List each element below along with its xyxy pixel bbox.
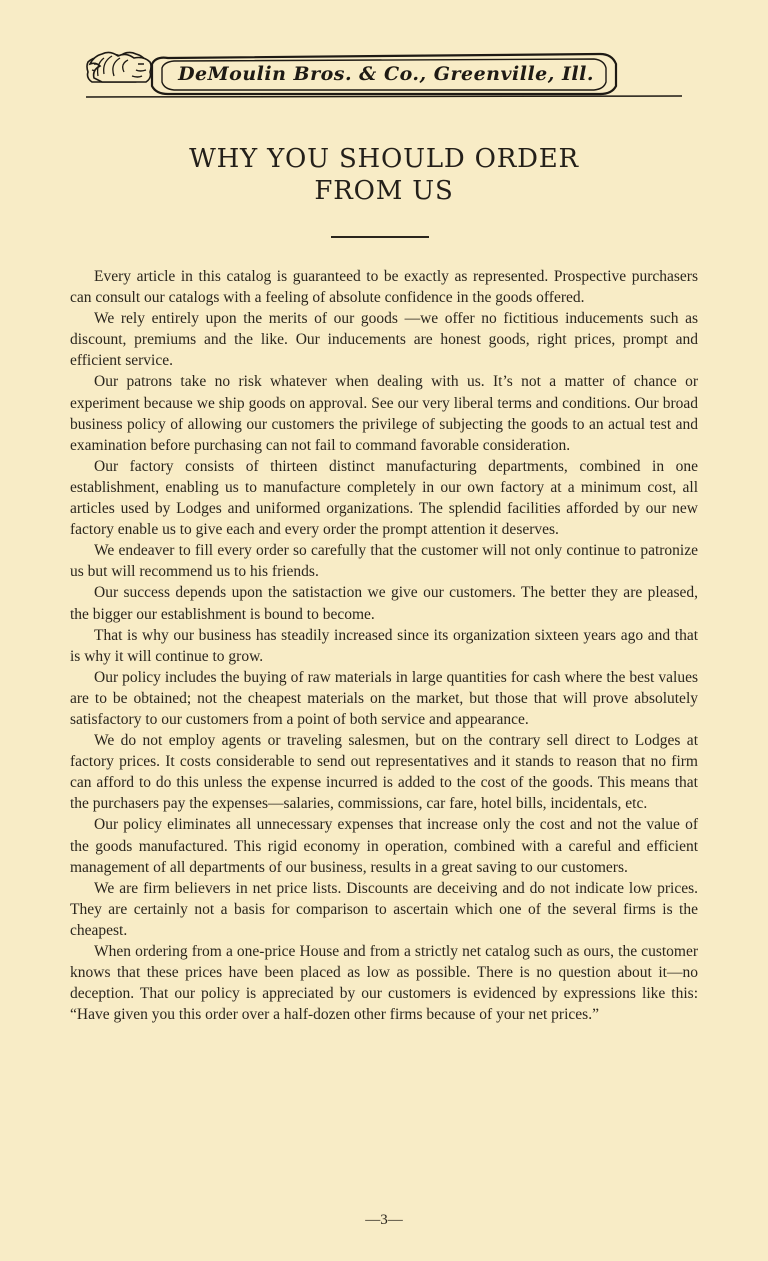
paragraph: Our policy includes the buying of raw ma… (70, 667, 698, 730)
paragraph: Our success depends upon the satistactio… (70, 582, 698, 624)
paragraph: Our policy eliminates all unnecessary ex… (70, 814, 698, 877)
header-banner: DeMoulin Bros. & Co., Greenville, Ill. (84, 50, 684, 100)
lion-head-icon (84, 50, 154, 84)
paragraph: Our factory consists of thirteen distinc… (70, 456, 698, 540)
paragraph: We are firm believers in net price lists… (70, 878, 698, 941)
page-title-line-2: FROM US (0, 175, 768, 207)
paragraph: Our patrons take no risk whatever when d… (70, 371, 698, 455)
paragraph: We rely entirely upon the merits of our … (70, 308, 698, 371)
paragraph: That is why our business has steadily in… (70, 625, 698, 667)
paragraph: We do not employ agents or traveling sal… (70, 730, 698, 814)
page-title-line-1: WHY YOU SHOULD ORDER (0, 143, 768, 175)
page-title: WHY YOU SHOULD ORDER FROM US (0, 143, 768, 207)
paragraph: Every article in this catalog is guarant… (70, 266, 698, 308)
title-divider (331, 236, 429, 238)
paragraph: We endeaver to fill every order so caref… (70, 540, 698, 582)
paragraph: When ordering from a one-price House and… (70, 941, 698, 1025)
page-number: —3— (0, 1212, 768, 1229)
company-banner-text: DeMoulin Bros. & Co., Greenville, Ill. (176, 60, 596, 88)
body-text: Every article in this catalog is guarant… (70, 266, 698, 1025)
